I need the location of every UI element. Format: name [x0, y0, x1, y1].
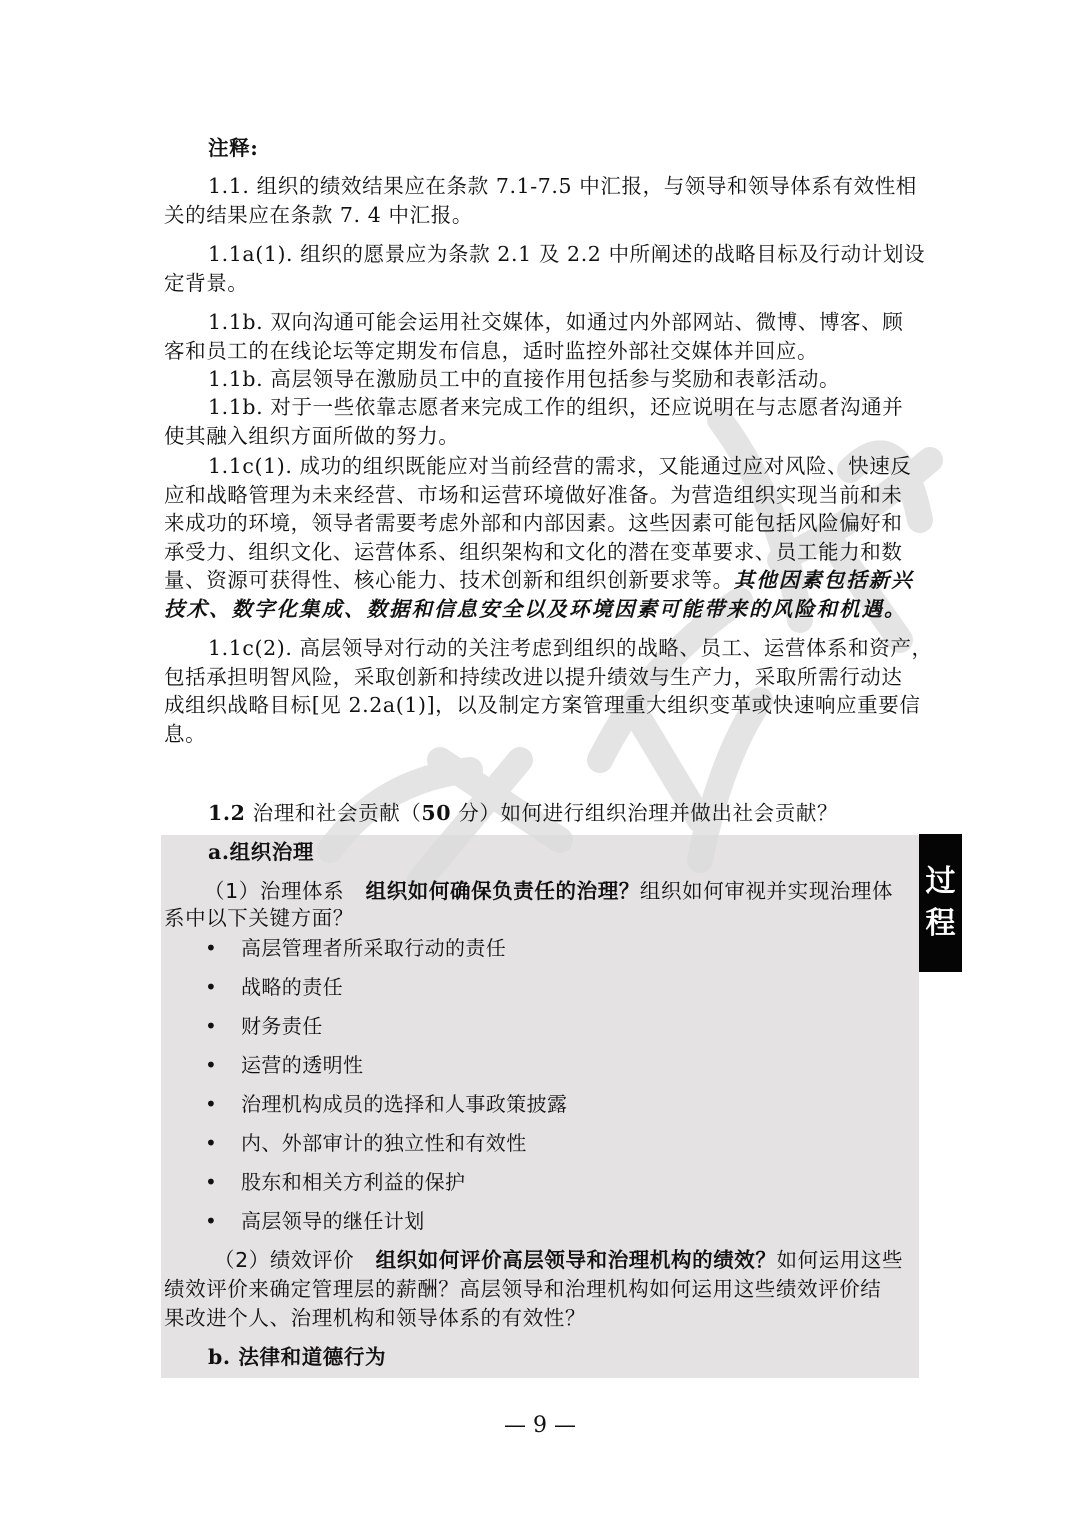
note-6-line-5-regular: 量、资源可获得性、核心能力、技术创新和组织创新要求等。 [164, 568, 734, 592]
bullet-icon: • [205, 1050, 241, 1080]
question-2-rest: 如何运用这些 [777, 1248, 904, 1272]
section-points-unit: 分） [451, 801, 500, 825]
note-7-line-4: 息。 [164, 719, 920, 749]
note-4-line-1: 1.1b. 高层领导在激励员工中的直接作用包括参与奖励和表彰活动。 [208, 364, 920, 394]
side-tab-char-2: 程 [926, 903, 956, 945]
question-2-line-3: 果改进个人、治理机构和领导体系的有效性？ [164, 1303, 920, 1333]
note-1-line-2: 关的结果应在条款 7. 4 中汇报。 [164, 200, 920, 230]
bullet-item: •财务责任 [205, 1011, 961, 1041]
note-6-line-1: 1.1c(1). 成功的组织既能应对当前经营的需求，又能通过应对风险、快速反 [208, 451, 920, 481]
note-6-line-6-emphasis: 技术、数字化集成、数据和信息安全以及环境因素可能带来的风险和机遇。 [164, 594, 920, 624]
bullet-text: 财务责任 [241, 1014, 323, 1038]
question-2-line-1: （2）绩效评价 组织如何评价高层领导和治理机构的绩效？如何运用这些 [214, 1245, 970, 1275]
section-question: 如何进行组织治理并做出社会贡献？ [500, 801, 838, 825]
subsection-a-heading: a.组织治理 [208, 837, 920, 867]
bullet-text: 股东和相关方利益的保护 [241, 1170, 465, 1194]
note-6-line-2: 应和战略管理为未来经营、市场和运营环境做好准备。为营造组织实现当前和未 [164, 480, 920, 510]
bullet-icon: • [205, 1089, 241, 1119]
bullet-icon: • [205, 1167, 241, 1197]
bullet-text: 治理机构成员的选择和人事政策披露 [241, 1092, 567, 1116]
bullet-item: •运营的透明性 [205, 1050, 961, 1080]
bullet-text: 内、外部审计的独立性和有效性 [241, 1131, 527, 1155]
bullet-item: •治理机构成员的选择和人事政策披露 [205, 1089, 961, 1119]
question-2-label: （2）绩效评价 [214, 1248, 354, 1272]
subsection-b-heading: b. 法律和道德行为 [208, 1342, 920, 1372]
bullet-item: •股东和相关方利益的保护 [205, 1167, 961, 1197]
question-1-line-2: 系中以下关键方面？ [164, 903, 920, 933]
bullet-icon: • [205, 933, 241, 963]
question-1-rest: 组织如何审视并实现治理体 [640, 879, 893, 903]
section-title: 治理和社会贡献（ [253, 801, 422, 825]
bullet-text: 运营的透明性 [241, 1053, 363, 1077]
bullet-icon: • [205, 1206, 241, 1236]
note-2-line-2: 定背景。 [164, 268, 920, 298]
question-2-line-2: 绩效评价来确定管理层的薪酬？高层领导和治理机构如何运用这些绩效评价结 [164, 1274, 920, 1304]
section-heading: 1.2 治理和社会贡献（50 分）如何进行组织治理并做出社会贡献？ [208, 798, 920, 828]
bullet-text: 高层管理者所采取行动的责任 [241, 936, 506, 960]
bullet-icon: • [205, 1011, 241, 1041]
note-7-line-2: 包括承担明智风险，采取创新和持续改进以提升绩效与生产力，采取所需行动达 [164, 662, 920, 692]
bullet-item: •战略的责任 [205, 972, 961, 1002]
question-1-line-1: （1）治理体系 组织如何确保负责任的治理？组织如何审视并实现治理体 [204, 876, 960, 906]
note-6-line-3: 来成功的环境，领导者需要考虑外部和内部因素。这些因素可能包括风险偏好和 [164, 508, 920, 538]
section-points: 50 [421, 801, 451, 825]
question-2-bold: 组织如何评价高层领导和治理机构的绩效？ [376, 1248, 777, 1272]
bullet-item: •内、外部审计的独立性和有效性 [205, 1128, 961, 1158]
note-7-line-3: 成组织战略目标[见 2.2a(1)]，以及制定方案管理重大组织变革或快速响应重要… [164, 690, 920, 720]
bullet-item: •高层管理者所采取行动的责任 [205, 933, 961, 963]
note-3-line-1: 1.1b. 双向沟通可能会运用社交媒体，如通过内外部网站、微博、博客、顾 [208, 307, 920, 337]
bullet-icon: • [205, 1128, 241, 1158]
note-6-line-4: 承受力、组织文化、运营体系、组织架构和文化的潜在变革要求、员工能力和数 [164, 537, 920, 567]
note-5-line-1: 1.1b. 对于一些依靠志愿者来完成工作的组织，还应说明在与志愿者沟通并 [208, 392, 920, 422]
section-number: 1.2 [208, 801, 245, 825]
note-2-line-1: 1.1a(1). 组织的愿景应为条款 2.1 及 2.2 中所阐述的战略目标及行… [208, 239, 920, 269]
notes-heading: 注释: [208, 133, 920, 163]
note-6-line-5-emphasis: 其他因素包括新兴 [734, 568, 914, 592]
bullet-icon: • [205, 972, 241, 1002]
bullet-text: 战略的责任 [241, 975, 343, 999]
note-1-line-1: 1.1. 组织的绩效结果应在条款 7.1-7.5 中汇报，与领导和领导体系有效性… [208, 171, 920, 201]
question-1-label: （1）治理体系 [204, 879, 344, 903]
note-3-line-2: 客和员工的在线论坛等定期发布信息，适时监控外部社交媒体并回应。 [164, 336, 920, 366]
bullet-item: •高层领导的继任计划 [205, 1206, 961, 1236]
question-1-bold: 组织如何确保负责任的治理？ [366, 879, 640, 903]
note-5-line-2: 使其融入组织方面所做的努力。 [164, 421, 920, 451]
note-6-line-5: 量、资源可获得性、核心能力、技术创新和组织创新要求等。其他因素包括新兴 [164, 565, 920, 595]
note-7-line-1: 1.1c(2). 高层领导对行动的关注考虑到组织的战略、员工、运营体系和资产， [208, 633, 920, 663]
bullet-text: 高层领导的继任计划 [241, 1209, 425, 1233]
side-tab-char-1: 过 [926, 861, 956, 903]
process-side-tab: 过 程 [919, 834, 962, 972]
page-number: — 9 — [0, 1411, 1080, 1441]
